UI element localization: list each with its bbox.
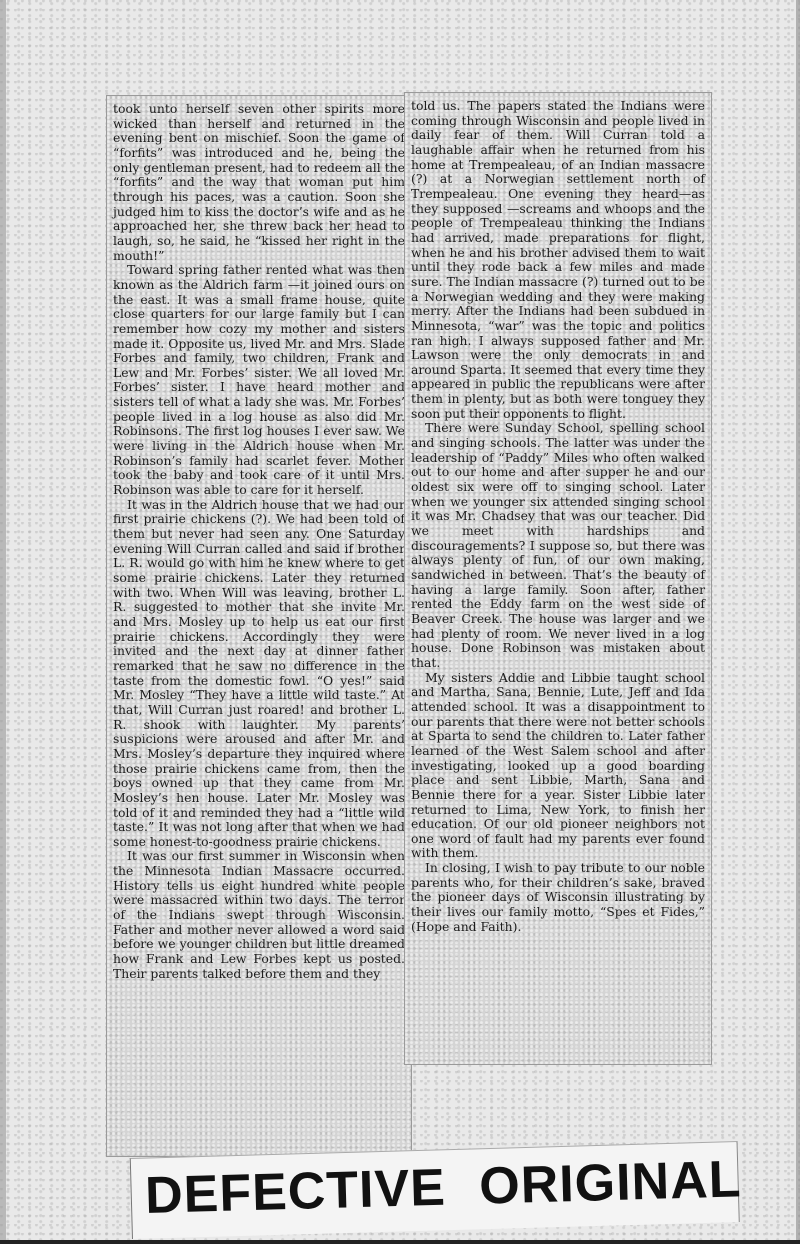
paragraph: It was our first summer in Wisconsin whe… — [113, 849, 405, 981]
scan-page-edge-left — [0, 0, 6, 1244]
paragraph: My sisters Addie and Libbie taught schoo… — [411, 671, 705, 862]
clipping-left-column: took unto herself seven other spirits mo… — [106, 95, 412, 1157]
paragraph: took unto herself seven other spirits mo… — [113, 102, 405, 263]
paragraph: Toward spring father rented what was the… — [113, 263, 405, 498]
scan-page-edge-bottom — [0, 1240, 800, 1244]
paragraph: There were Sunday School, spelling schoo… — [411, 421, 705, 670]
scan-page-edge-right — [796, 0, 800, 1244]
clipping-right-column: told us. The papers stated the Indians w… — [404, 92, 712, 1065]
paragraph: told us. The papers stated the Indians w… — [411, 99, 705, 421]
paragraph: It was in the Aldrich house that we had … — [113, 498, 405, 850]
paragraph: In closing, I wish to pay tribute to our… — [411, 861, 705, 934]
